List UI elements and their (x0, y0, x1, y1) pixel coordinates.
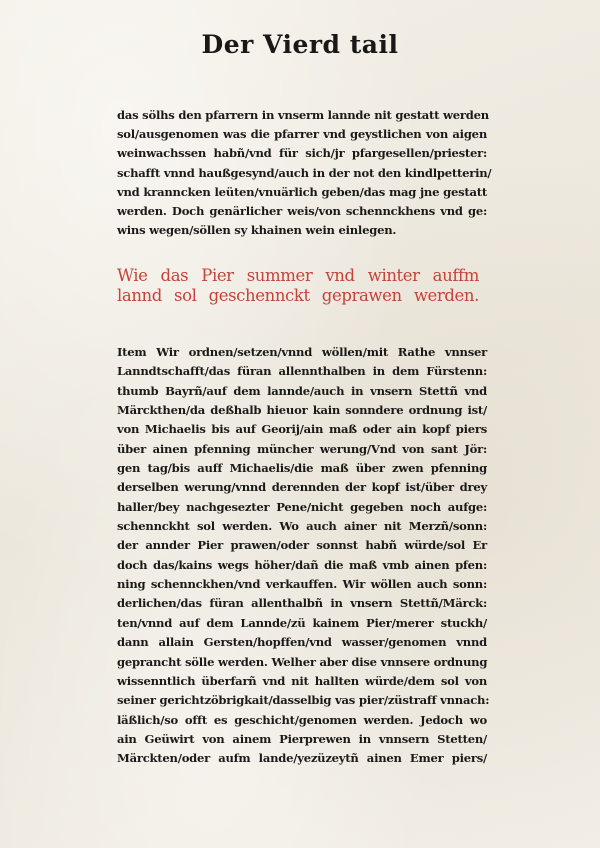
text-line: schafft vnnd haußgesynd/auch in der not … (117, 164, 487, 183)
text-line: dann allain Gersten/hopffen/vnd wasser/g… (117, 633, 487, 652)
rubric-line: Wie das Pier summer vnd winter auffm (117, 266, 479, 286)
text-line: ten/vnnd auf dem Lannde/zü kainem Pier/m… (117, 614, 487, 633)
text-line: Item Wir ordnen/setzen/vnnd wöllen/mit R… (117, 343, 487, 362)
text-line: werden. Doch genärlicher weis/von schenn… (117, 202, 487, 221)
text-line: Lanndtschafft/das füran allennthalben in… (117, 362, 487, 381)
text-line: doch das/kains wegs höher/dañ die maß vm… (117, 556, 487, 575)
text-line: haller/bey nachgesezter Pene/nicht gegeb… (117, 498, 487, 517)
rubric-heading: Wie das Pier summer vnd winter auffm lan… (117, 266, 479, 306)
text-line: über ainen pfenning müncher werung/Vnd v… (117, 440, 487, 459)
text-line: läßlich/so offt es geschicht/genomen wer… (117, 711, 487, 730)
rubric-line: lannd sol geschennckt geprawen werden. (117, 286, 479, 306)
text-line: weinwachssen habñ/vnd für sich/jr pfarge… (117, 144, 487, 163)
text-line: seiner gerichtzöbrigkait/dasselbig vas p… (117, 691, 487, 710)
text-line: vnd kranncken leüten/vnuärlich geben/das… (117, 183, 487, 202)
text-line: Märckten/oder aufm lande/yezüzeytñ ainen… (117, 749, 487, 768)
text-line: Märckthen/da deßhalb hieuor kain sonnder… (117, 401, 487, 420)
paragraph-1: das sölhs den pfarrern in vnserm lannde … (117, 106, 487, 240)
text-line: ain Geüwirt von ainem Pierprewen in vnns… (117, 730, 487, 749)
document-page: Der Vierd tail das sölhs den pfarrern in… (0, 0, 600, 848)
text-line: gen tag/bis auff Michaelis/die maß über … (117, 459, 487, 478)
text-line: wissenntlich überfarñ vnd nit hallten wü… (117, 672, 487, 691)
paragraph-2: Item Wir ordnen/setzen/vnnd wöllen/mit R… (117, 343, 487, 769)
text-line: sol/ausgenomen was die pfarrer vnd geyst… (117, 125, 487, 144)
text-line: geprancht sölle werden. Welher aber dise… (117, 653, 487, 672)
text-line: schennckht sol werden. Wo auch ainer nit… (117, 517, 487, 536)
text-line: von Michaelis bis auf Georij/ain maß ode… (117, 420, 487, 439)
text-line: derselben werung/vnnd derennden der kopf… (117, 478, 487, 497)
text-line: der annder Pier prawen/oder sonnst habñ … (117, 536, 487, 555)
running-head: Der Vierd tail (0, 30, 600, 59)
text-line: das sölhs den pfarrern in vnserm lannde … (117, 106, 487, 125)
text-line: wins wegen/söllen sy khainen wein einleg… (117, 221, 487, 240)
text-line: thumb Bayrñ/auf dem lannde/auch in vnser… (117, 382, 487, 401)
text-line: ning schennckhen/vnd verkauffen. Wir wöl… (117, 575, 487, 594)
text-line: derlichen/das füran allenthalbñ in vnser… (117, 594, 487, 613)
